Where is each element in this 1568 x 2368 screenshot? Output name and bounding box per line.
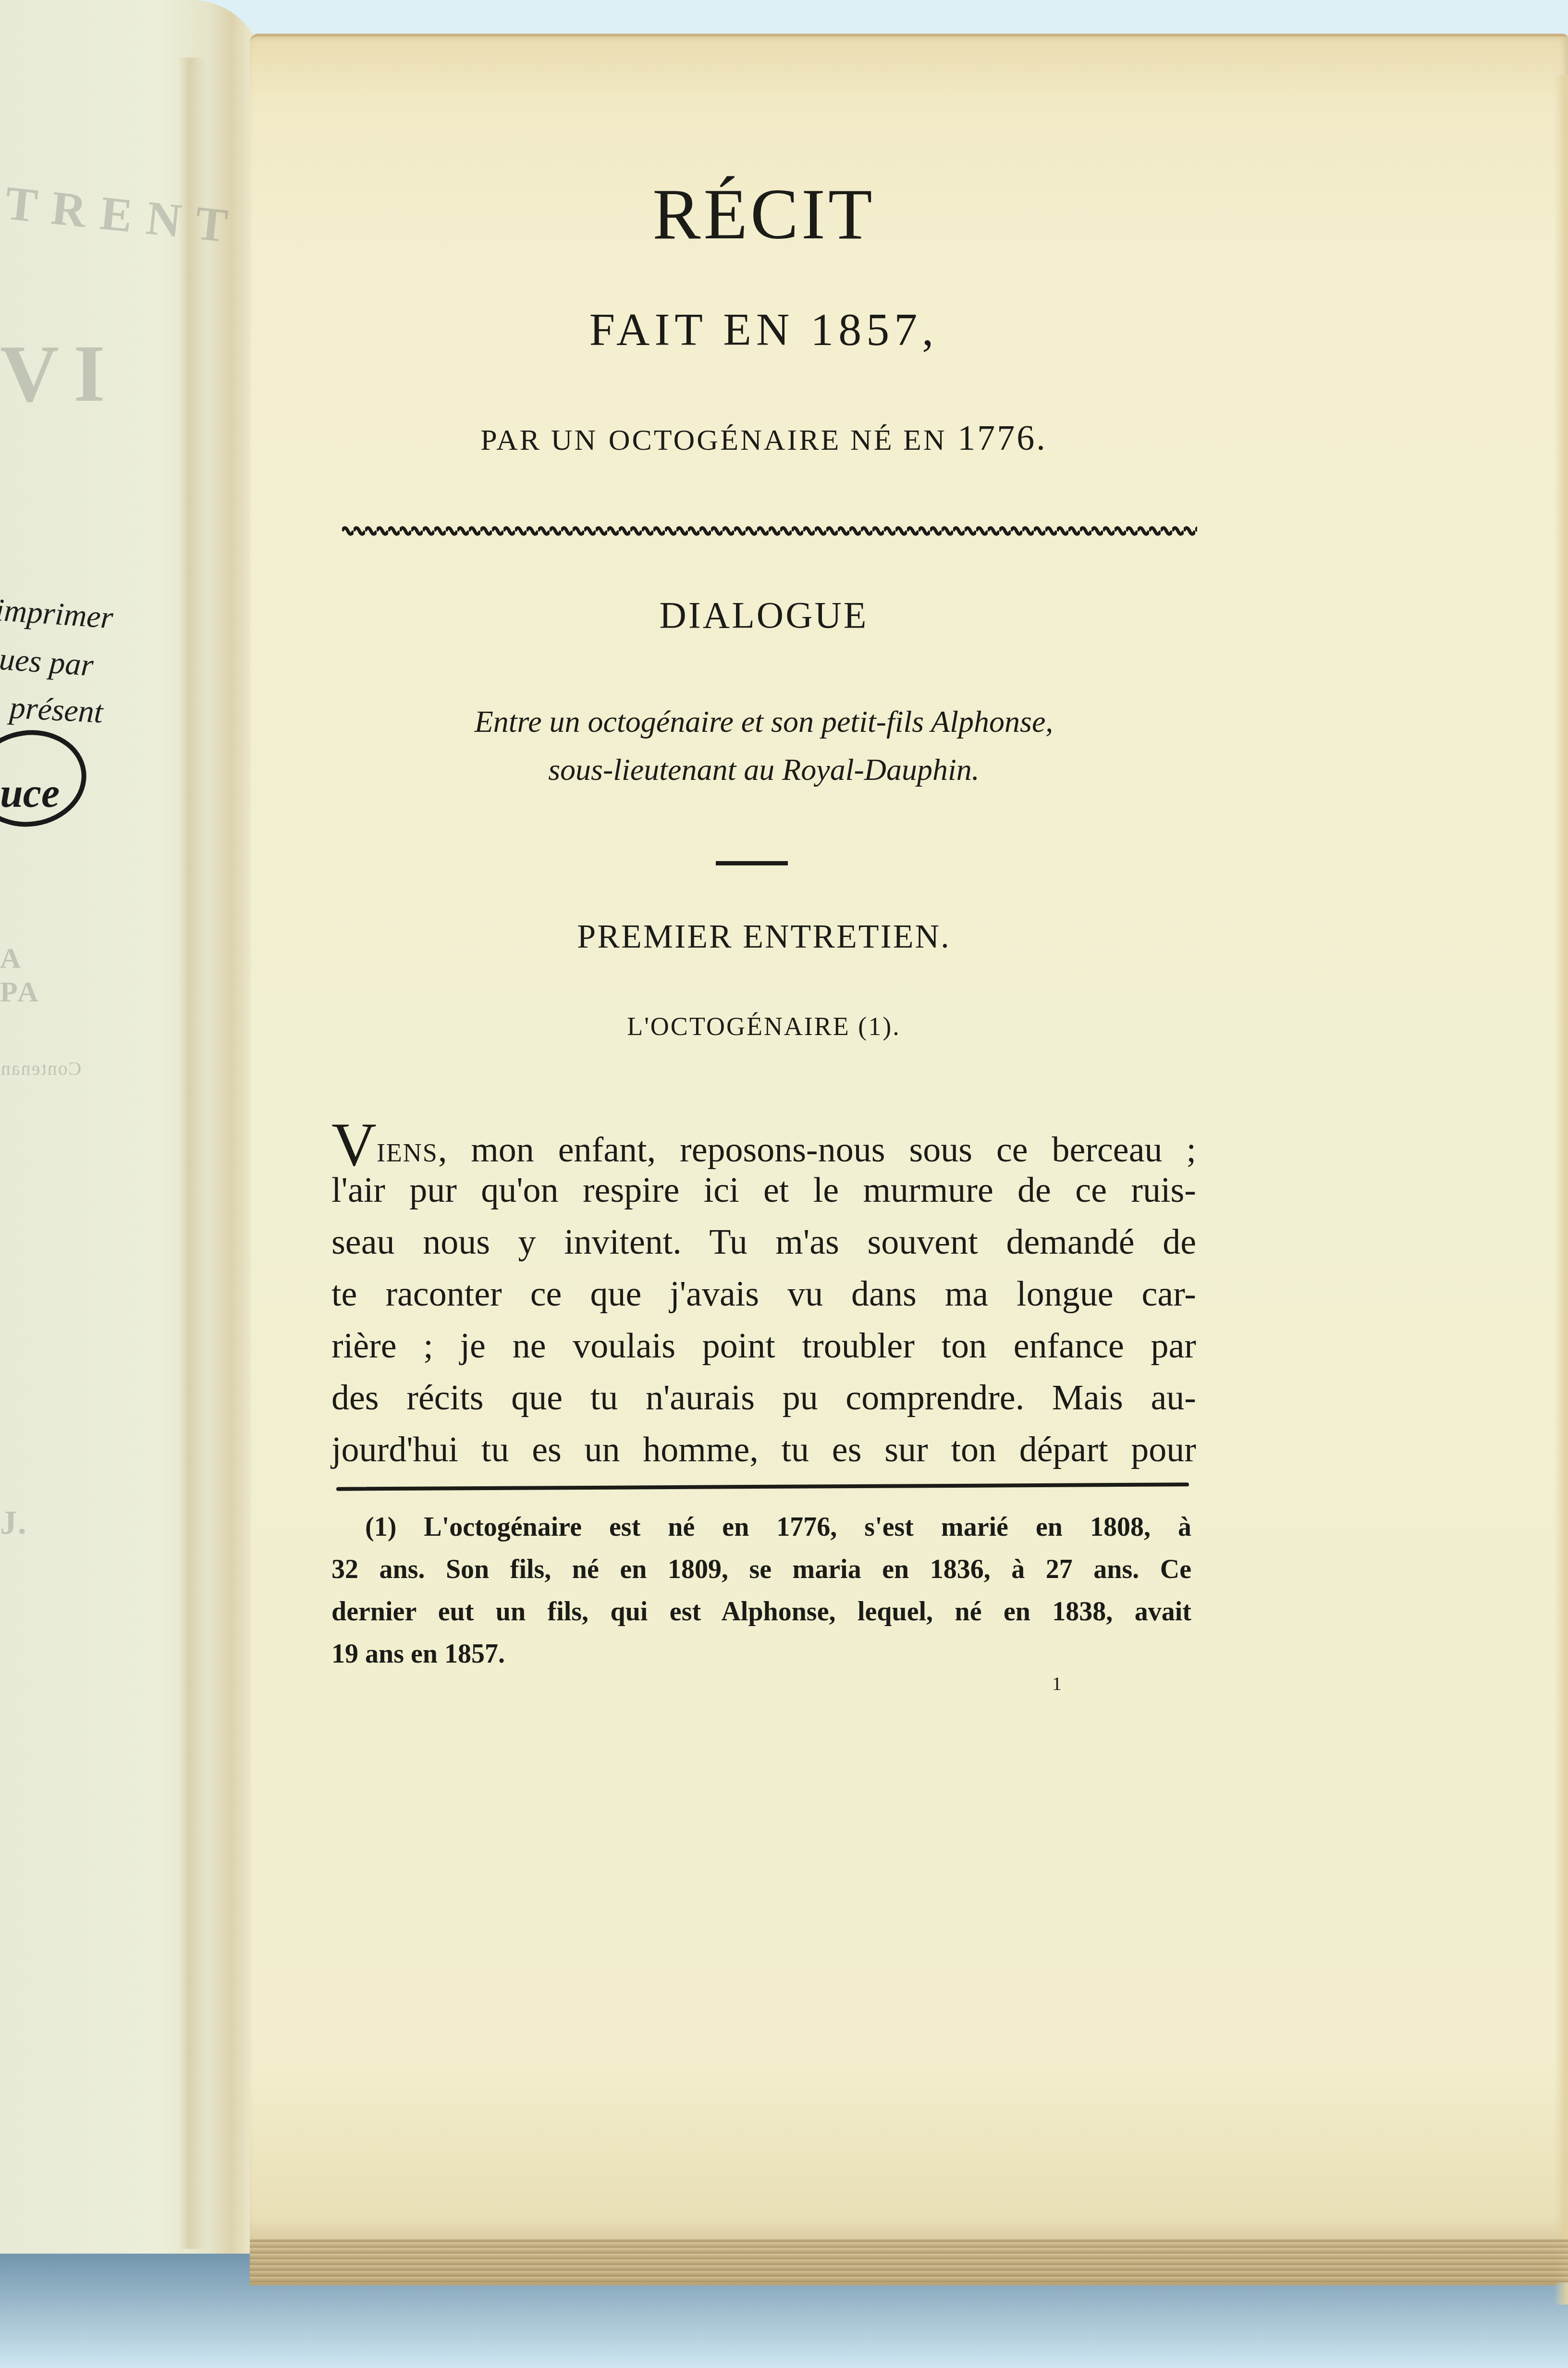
left-page-italic-line: lues par: [0, 641, 95, 684]
wavy-ornament-rule: [342, 524, 1197, 538]
title-author-year: 1776.: [957, 419, 1047, 458]
chapter-title: PREMIER ENTRETIEN.: [331, 918, 1196, 956]
title-author-par: PAR UN: [480, 424, 598, 456]
short-rule: [716, 861, 788, 865]
left-page-ghost-line: A: [0, 942, 23, 975]
left-page-ghost-heading: TRENT: [2, 175, 245, 255]
section-title: DIALOGUE: [331, 593, 1196, 637]
ink-stamp-signature: uce: [0, 769, 60, 817]
left-page-ghost-heading-2: VI: [0, 327, 120, 420]
title-author-rest: OCTOGÉNAIRE NÉ EN: [609, 424, 947, 456]
footnote-line: dernier eut un fils, qui est Alphonse, l…: [331, 1598, 1191, 1625]
left-page-italic-line: présent: [9, 690, 104, 731]
left-page-ghost-line: PA: [0, 975, 40, 1009]
title-date-line: FAIT EN 1857,: [331, 303, 1196, 356]
body-line: te raconter ce que j'avais vu dans ma lo…: [331, 1276, 1196, 1312]
footnote-line: 19 ans en 1857.: [331, 1640, 1191, 1667]
body-line: VIENS, mon enfant, reposons-nous sous ce…: [331, 1120, 1196, 1170]
body-first-line-rest: , mon enfant, reposons-nous sous ce berc…: [438, 1130, 1196, 1170]
speaker-heading: L'OCTOGÉNAIRE (1).: [331, 1011, 1196, 1041]
description-line: sous-lieutenant au Royal-Dauphin.: [331, 752, 1196, 788]
book-gutter: [178, 58, 207, 2249]
left-page-ghost-line: Contenan: [0, 1057, 81, 1080]
body-smallcaps: IENS: [377, 1138, 438, 1167]
drop-cap: V: [331, 1110, 377, 1179]
page-edge: [1554, 75, 1568, 2305]
left-page-italic-line: imprimer: [0, 592, 114, 637]
title-author-line: PAR UN OCTOGÉNAIRE NÉ EN 1776.: [331, 418, 1196, 459]
body-line: rière ; je ne voulais point troubler ton…: [331, 1328, 1196, 1364]
footnote-line: (1) L'octogénaire est né en 1776, s'est …: [365, 1514, 1191, 1541]
description-line: Entre un octogénaire et son petit-fils A…: [331, 704, 1196, 740]
body-line: seau nous y invitent. Tu m'as souvent de…: [331, 1224, 1196, 1260]
body-line: l'air pur qu'on respire ici et le murmur…: [331, 1172, 1196, 1208]
body-line: jourd'hui tu es un homme, tu es sur ton …: [331, 1432, 1196, 1468]
footnote-line: 32 ans. Son fils, né en 1809, se maria e…: [331, 1556, 1191, 1583]
left-page-ghost-line: J.: [0, 1504, 27, 1542]
signature-mark: 1: [1052, 1672, 1062, 1695]
page-bottom-edge: [250, 2239, 1568, 2282]
body-line: des récits que tu n'aurais pu comprendre…: [331, 1380, 1196, 1416]
left-page: TRENT VI imprimer lues par présent uce A…: [0, 0, 269, 2254]
page-title: RÉCIT: [331, 173, 1196, 256]
